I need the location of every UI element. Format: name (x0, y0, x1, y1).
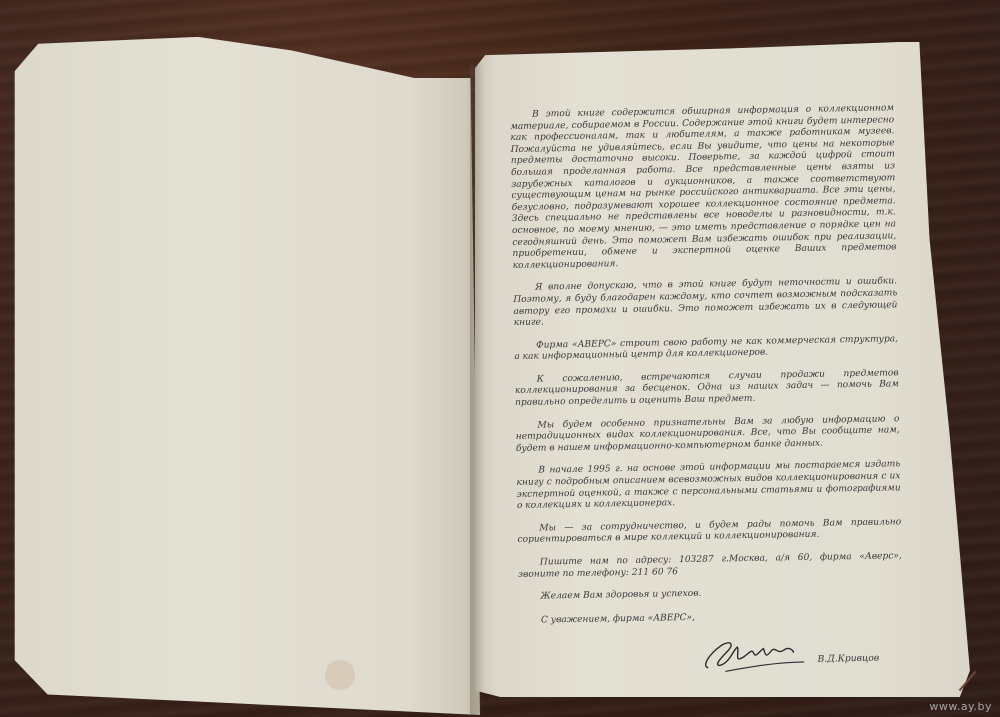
paper-stain (325, 660, 355, 690)
paragraph: Фирма «АВЕРС» строит свою работу не как … (514, 334, 898, 364)
closing-regards: С уважением, фирма «АВЕРС», (519, 609, 903, 627)
paragraph: Мы будем особенно признательны Вам за лю… (515, 414, 900, 455)
paragraph: В начале 1995 г. на основе этой информац… (516, 460, 901, 513)
paragraph: Я вполне допускаю, что в этой книге буду… (513, 277, 898, 330)
book-spine-shadow (470, 65, 484, 715)
closing-wishes: Желаем Вам здоровья и успехов. (518, 585, 902, 603)
site-watermark: www.ay.by (929, 700, 992, 713)
blank-left-page (10, 30, 480, 715)
signature-row: В.Д.Кривцов (519, 633, 904, 680)
paragraph: Мы — за сотрудничество, и будем рады пом… (517, 517, 901, 547)
signer-name: В.Д.Кривцов (818, 653, 880, 666)
foreword-text: В этой книге содержится обширная информа… (510, 103, 904, 679)
paragraph: К сожалению, встречаются случаи продажи … (515, 368, 900, 409)
signature-icon (699, 634, 810, 676)
contact-paragraph: Пишите нам по адресу: 103287 г.Москва, а… (518, 551, 902, 581)
paragraph: В этой книге содержится обширная информа… (510, 103, 897, 272)
